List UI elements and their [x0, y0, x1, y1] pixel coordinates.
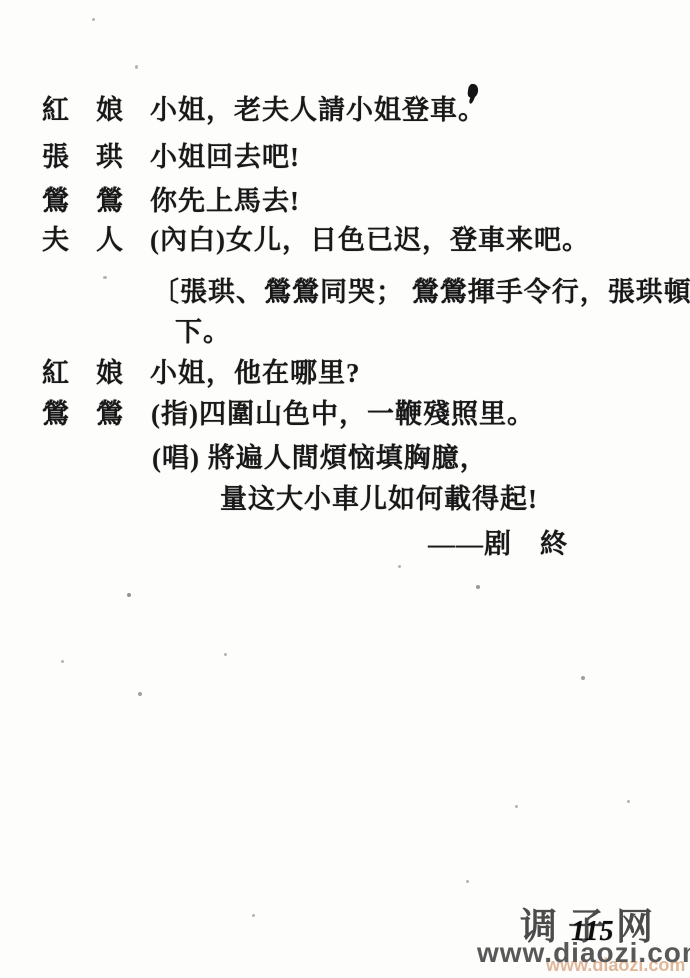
stage-direction-text: 〔張珙、鶯鶯同哭； 鶯鶯揮手令行，張珙頓足	[152, 275, 690, 309]
speaker-name: 鶯鶯	[42, 184, 150, 218]
sung-verse-text: (唱) 將遍人間煩恼填胸臆，	[152, 441, 488, 475]
end-of-play-text: ——剧 終	[428, 527, 568, 561]
scan-speck	[581, 676, 585, 680]
dialogue-text: 小姐回去吧!	[150, 140, 300, 174]
speaker-name: 鶯鶯	[42, 397, 150, 431]
scan-speck	[135, 65, 138, 69]
scan-speck	[466, 880, 469, 883]
scan-speck	[476, 585, 480, 589]
scan-speck	[103, 276, 107, 279]
scan-speck	[252, 914, 255, 917]
dialogue-text: (內白)女儿，日色已迟，登車来吧。	[150, 223, 590, 257]
scan-speck	[92, 18, 95, 21]
speaker-name: 夫人	[42, 223, 150, 257]
sung-verse-text: 量这大小車儿如何載得起!	[220, 482, 538, 516]
speaker-name: 紅娘	[42, 93, 150, 127]
dialogue-text: 你先上馬去!	[150, 184, 300, 218]
speaker-name: 張珙	[42, 140, 150, 174]
dialogue-text: 小姐，他在哪里?	[150, 356, 361, 390]
speaker-name: 紅娘	[42, 356, 150, 390]
stage-direction-text: 下。	[175, 315, 231, 349]
scan-speck	[224, 653, 227, 656]
dialogue-text: 小姐，老夫人請小姐登車。	[150, 93, 486, 127]
scan-speck	[515, 805, 518, 808]
scan-speck	[61, 660, 64, 663]
page-number: 115	[571, 916, 614, 948]
scan-speck	[627, 800, 630, 803]
scan-speck	[127, 593, 131, 597]
scanned-page: 紅娘 小姐，老夫人請小姐登車。 張珙 小姐回去吧! 鶯鶯 你先上馬去! 夫人 (…	[0, 0, 690, 978]
dialogue-text: (指)四圍山色中，一鞭殘照里。	[151, 397, 535, 431]
scan-speck	[138, 692, 142, 696]
scan-speck	[398, 565, 401, 568]
